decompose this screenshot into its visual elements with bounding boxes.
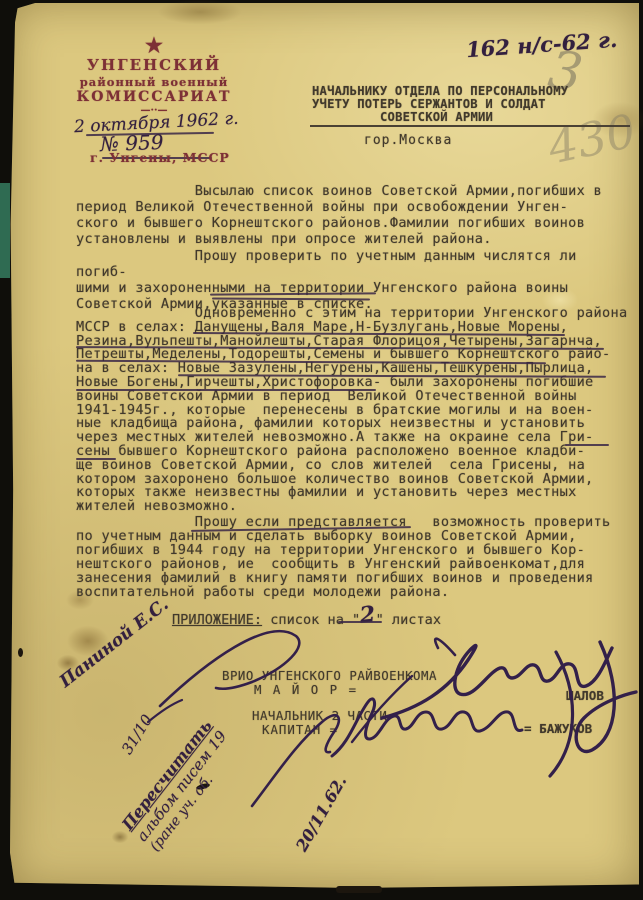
commissariat-stamp: ★ УНГЕНСКИЙ районный военный КОМИССАРИАТ… <box>66 34 242 116</box>
appendix-sheets-underline <box>338 621 382 623</box>
addressee-city: гор.Москва <box>364 133 452 148</box>
stamp-line1: УНГЕНСКИЙ <box>66 56 242 75</box>
appendix-sheets-handwritten: 2 <box>359 601 377 628</box>
appendix-label: ПРИЛОЖЕНИЕ: <box>172 612 262 628</box>
appendix-pre: список на " <box>262 612 360 628</box>
stamp-city: г. Унгены, МССР <box>90 150 230 165</box>
signature-title-1: ВРИО УНГЕНСКОГО РАЙВОЕНКОМА <box>222 668 437 683</box>
appendix-line: ПРИЛОЖЕНИЕ: список на "2" листах <box>172 604 441 630</box>
addressee-line3: СОВЕТСКОЙ АРМИИ <box>380 110 493 124</box>
signature-name-1: ШАЛОВ <box>566 688 604 703</box>
document-scan: ★ УНГЕНСКИЙ районный военный КОМИССАРИАТ… <box>0 0 643 900</box>
appendix-post: " листах <box>376 612 441 628</box>
signature-name-2: = БАЖУКОВ <box>524 721 592 736</box>
addressee-line2: УЧЕТУ ПОТЕРЬ СЕРЖАНТОВ И СОЛДАТ <box>312 97 546 111</box>
paragraph-2: Прошу проверить по учетным данным числят… <box>76 248 632 312</box>
stamp-line2: районный военный <box>66 75 242 89</box>
signature-rank-1: М А Й О Р = <box>254 682 358 697</box>
addressee-line1: НАЧАЛЬНИКУ ОТДЕЛА ПО ПЕРСОНАЛЬНОМУ <box>312 84 568 98</box>
ink-speck2 <box>18 648 23 657</box>
paragraph-1: Высылаю список воинов Советской Армии,по… <box>76 183 632 247</box>
signature-title-2: НАЧАЛЬНИК 2 ЧАСТИ <box>252 708 387 723</box>
addressee-underline <box>310 125 630 127</box>
underline-villages-5 <box>76 389 376 391</box>
edge-speck <box>336 886 382 893</box>
underline-griseny-b <box>76 458 116 460</box>
underline-griseny-a <box>565 444 609 446</box>
scanner-edge-artifact <box>0 183 10 278</box>
signature-rank-2: КАПИТАН = <box>262 722 338 737</box>
paragraph-3: Одновременно с этим на территории Унгенс… <box>76 307 632 514</box>
stamp-line3: КОМИССАРИАТ <box>66 89 242 106</box>
red-star-icon: ★ <box>66 34 242 56</box>
